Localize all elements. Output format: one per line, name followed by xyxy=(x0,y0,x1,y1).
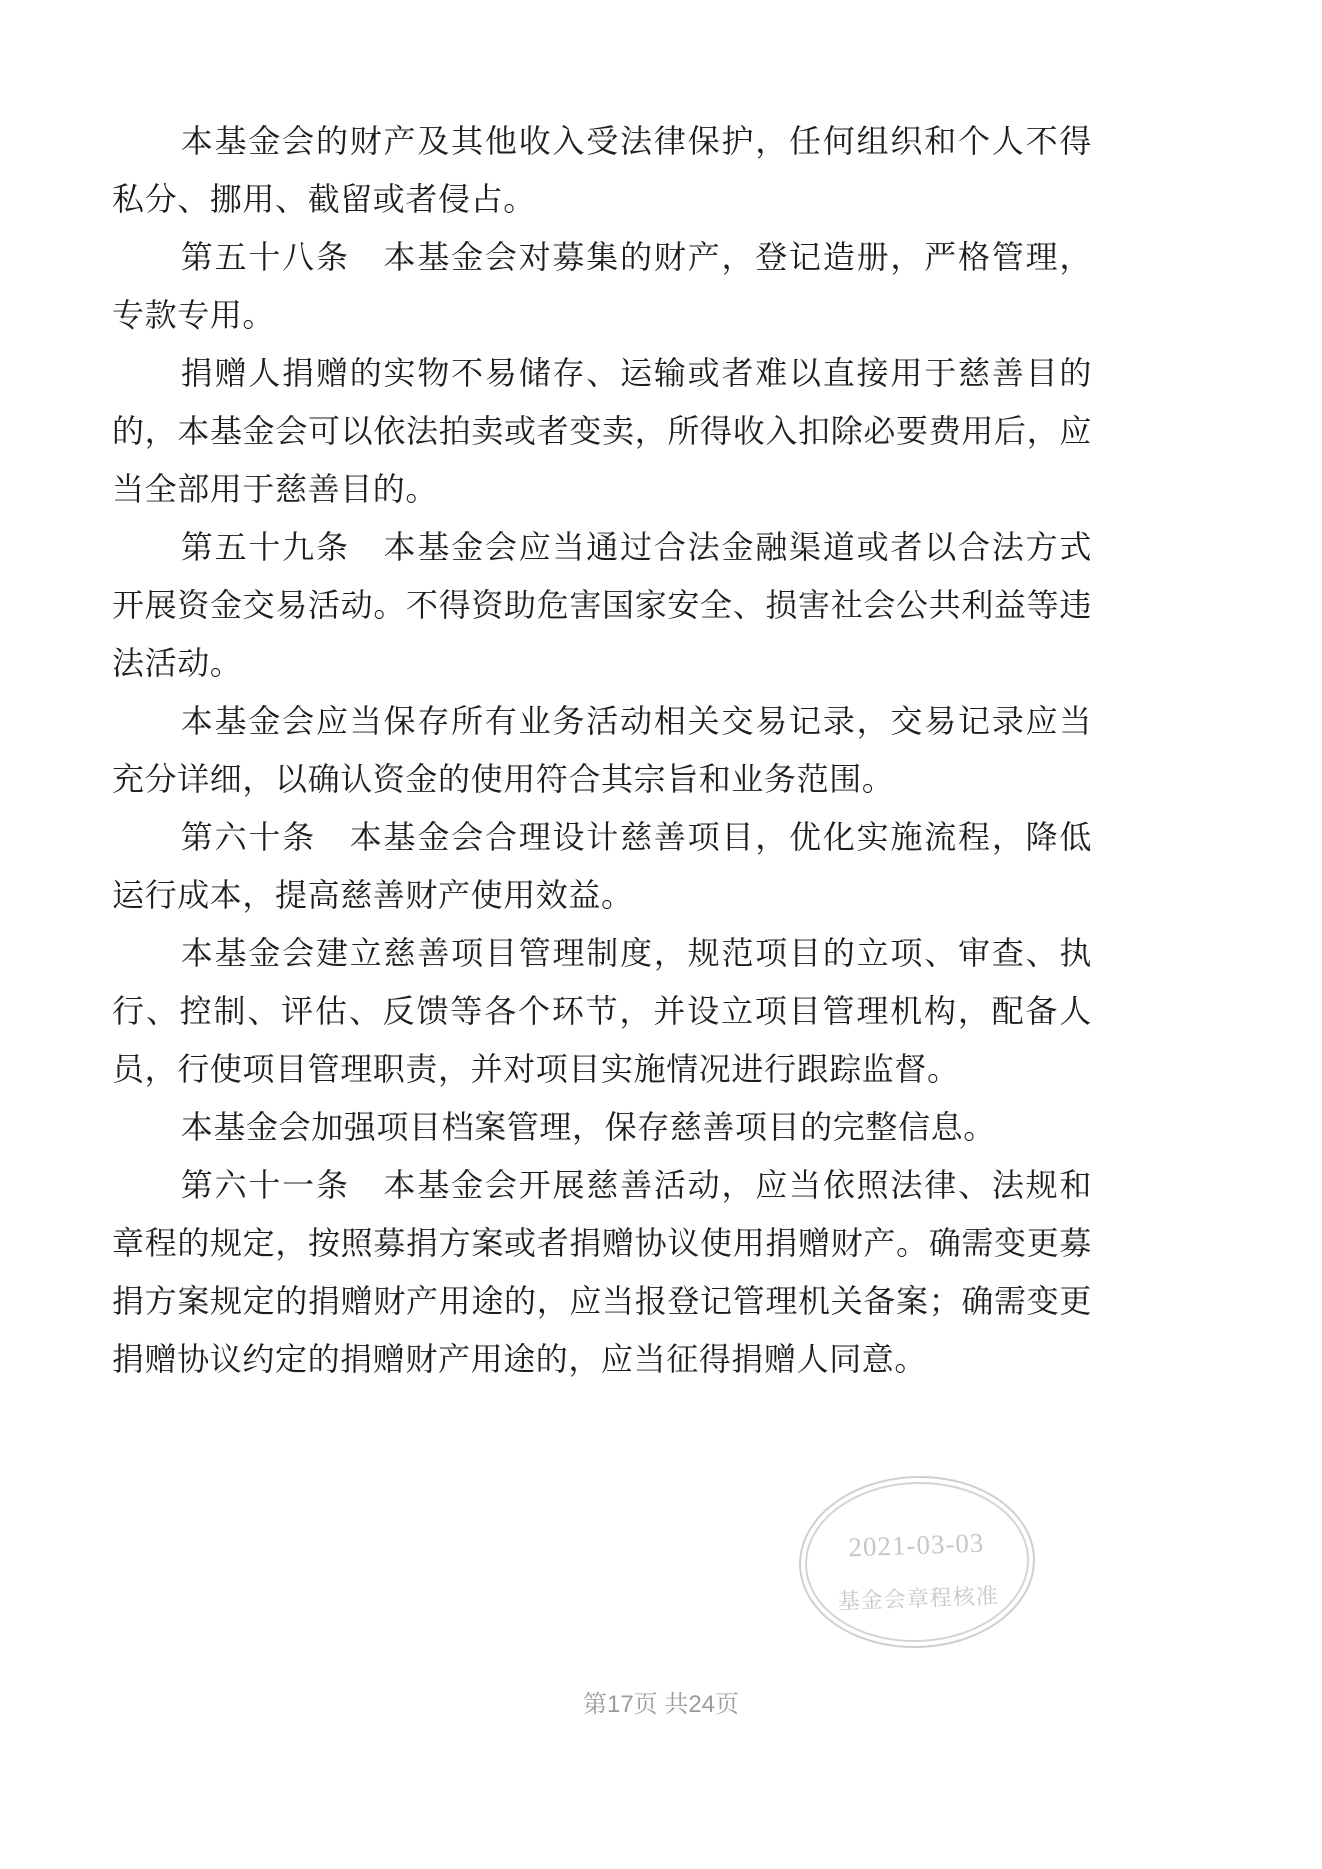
paragraph-article-60: 第六十条 本基金会合理设计慈善项目，优化实施流程，降低运行成本，提高慈善财产使用… xyxy=(112,808,1092,924)
page-number-text: 第17页 共24页 xyxy=(583,1691,739,1718)
paragraph-donated-goods: 捐赠人捐赠的实物不易储存、运输或者难以直接用于慈善目的的，本基金会可以依法拍卖或… xyxy=(112,344,1092,518)
paragraph-project-archives: 本基金会加强项目档案管理，保存慈善项目的完整信息。 xyxy=(112,1098,1092,1156)
paragraph-article-59: 第五十九条 本基金会应当通过合法金融渠道或者以合法方式开展资金交易活动。不得资助… xyxy=(112,518,1092,692)
paragraph-transaction-records: 本基金会应当保存所有业务活动相关交易记录，交易记录应当充分详细，以确认资金的使用… xyxy=(112,692,1092,808)
page-footer: 第17页 共24页 xyxy=(0,1684,1322,1719)
paragraph-article-61: 第六十一条 本基金会开展慈善活动，应当依照法律、法规和章程的规定，按照募捐方案或… xyxy=(112,1156,1092,1388)
charter-text-block: 本基金会的财产及其他收入受法律保护，任何组织和个人不得私分、挪用、截留或者侵占。… xyxy=(112,112,1092,1388)
paragraph-project-management: 本基金会建立慈善项目管理制度，规范项目的立项、审查、执行、控制、评估、反馈等各个… xyxy=(112,924,1092,1098)
approval-stamp-watermark: 2021-03-03 基金会章程核准 xyxy=(796,1472,1038,1652)
paragraph-continuation: 本基金会的财产及其他收入受法律保护，任何组织和个人不得私分、挪用、截留或者侵占。 xyxy=(112,112,1092,228)
document-page: 本基金会的财产及其他收入受法律保护，任何组织和个人不得私分、挪用、截留或者侵占。… xyxy=(0,0,1322,1869)
paragraph-article-58: 第五十八条 本基金会对募集的财产，登记造册，严格管理，专款专用。 xyxy=(112,228,1092,344)
